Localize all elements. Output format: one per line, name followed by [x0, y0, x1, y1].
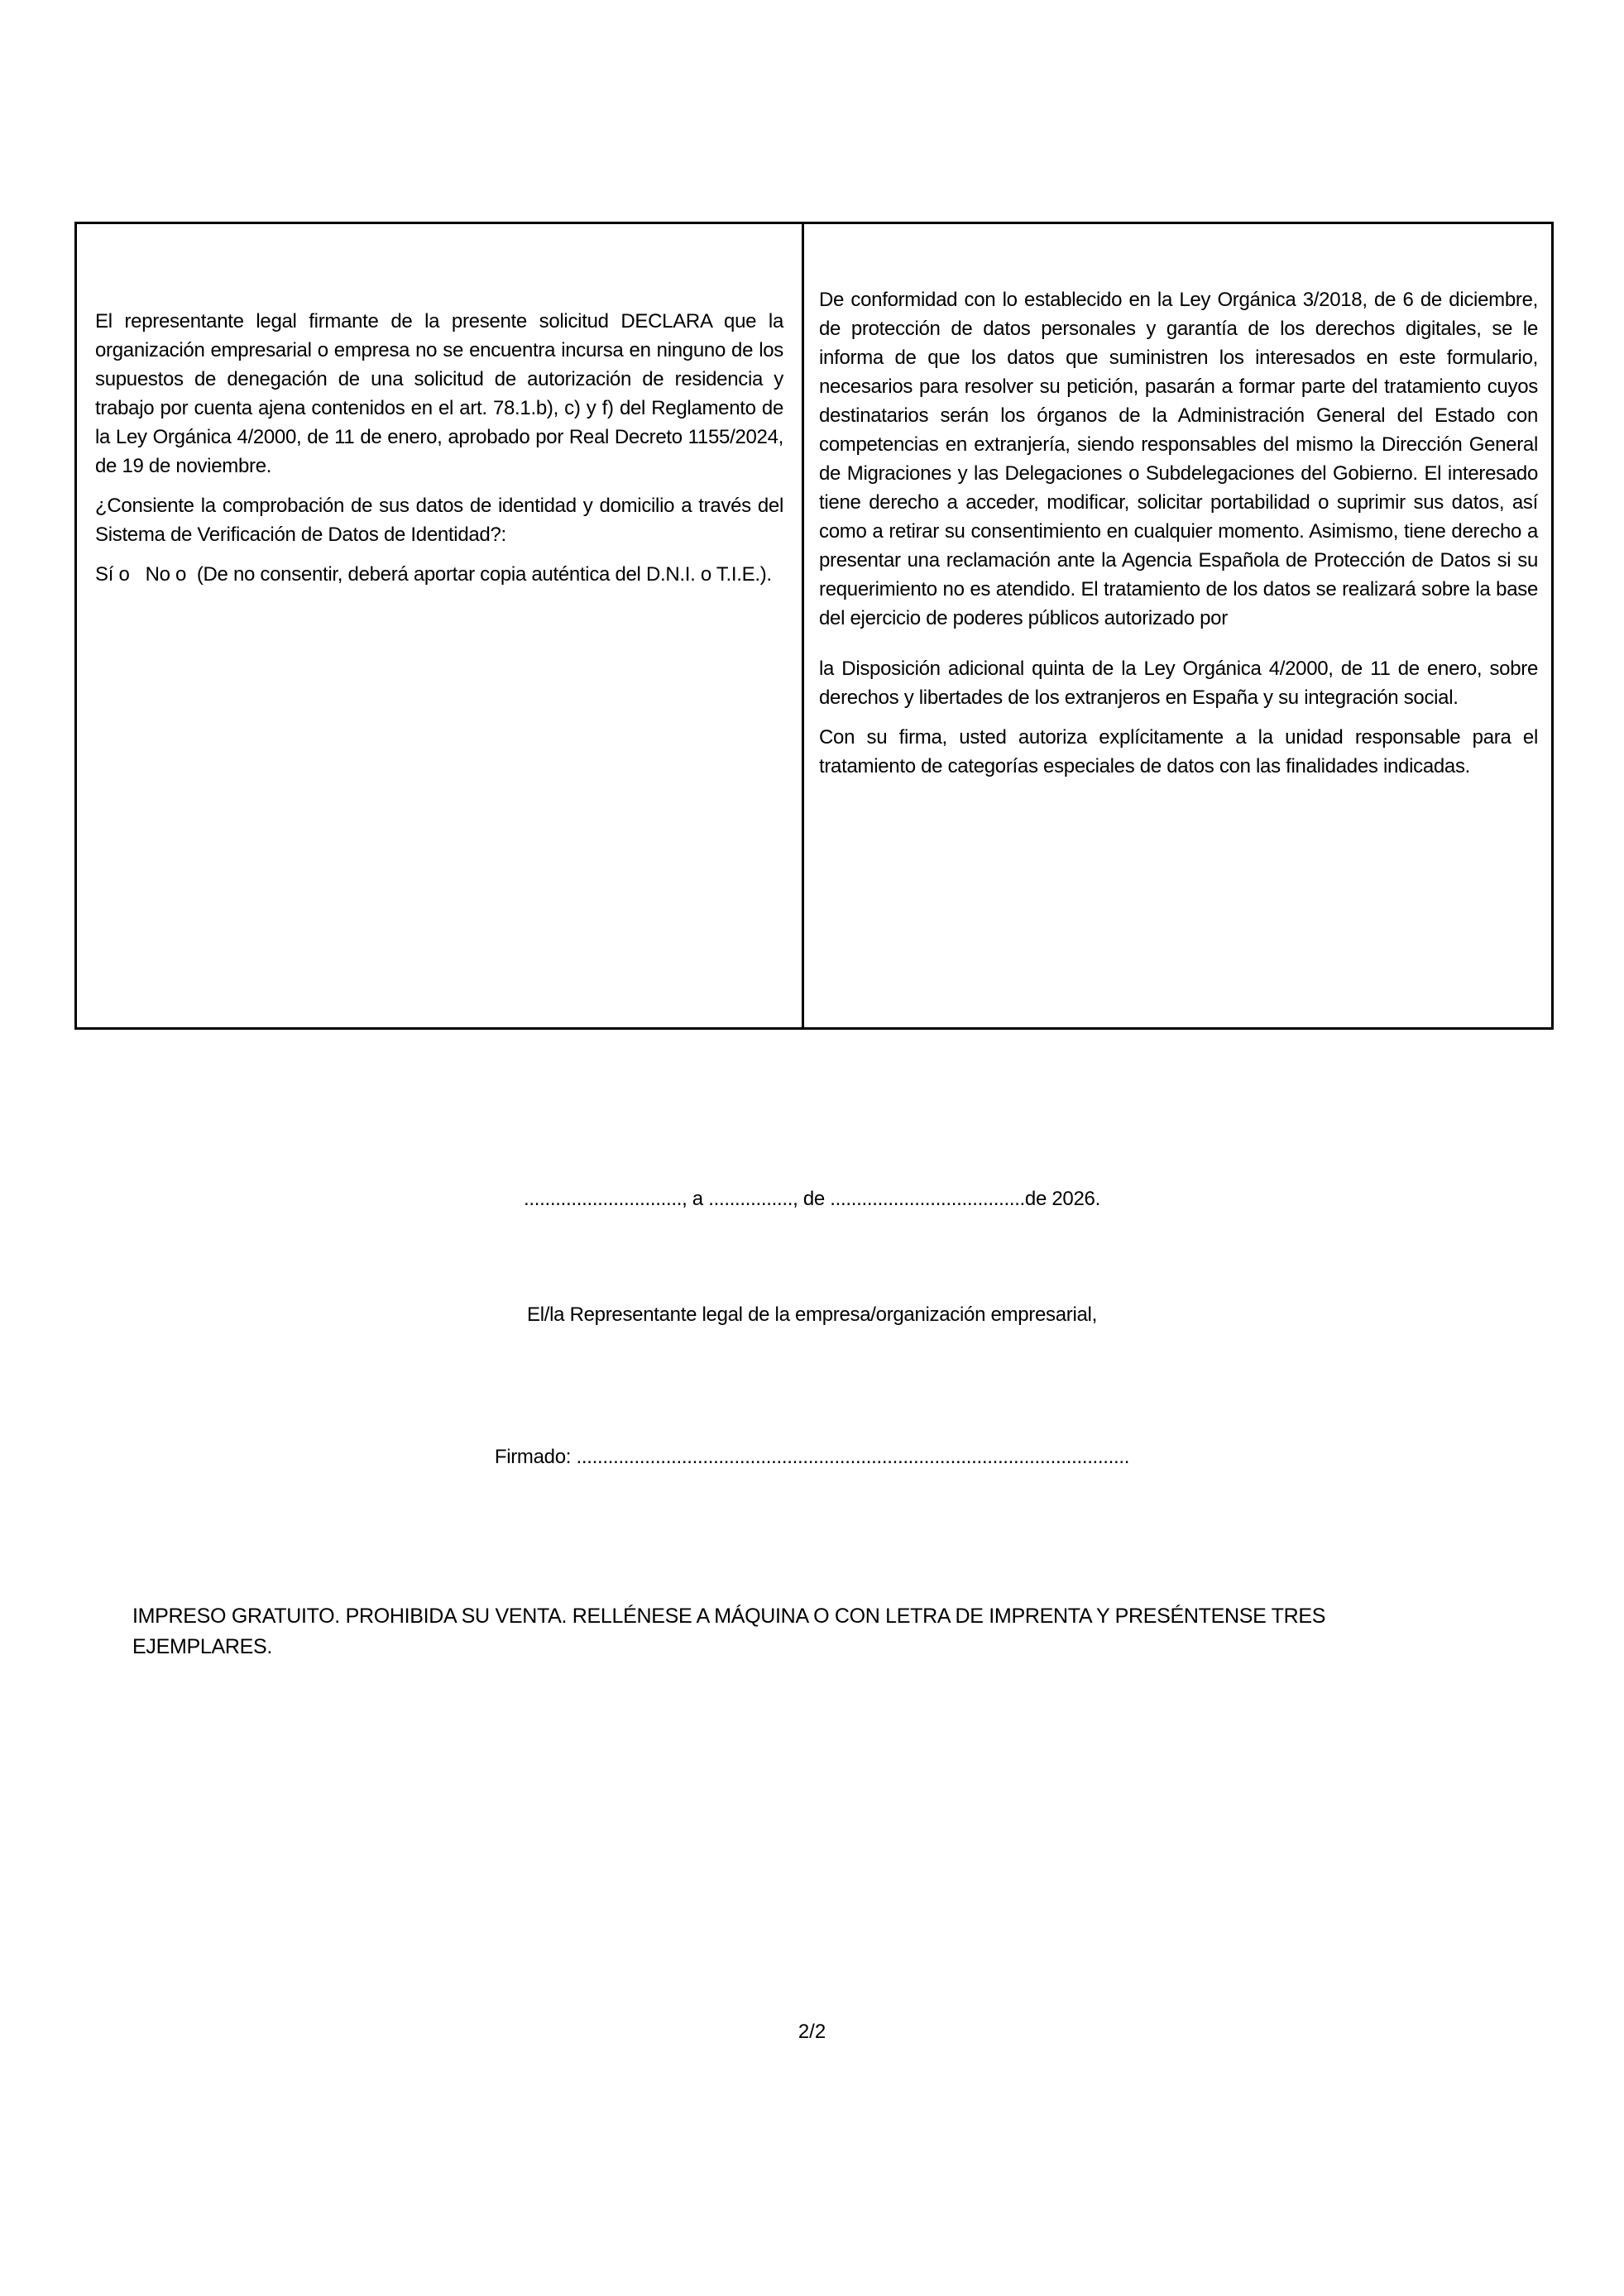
consent-options-paragraph: Sí o No o (De no consentir, deberá aport…	[95, 560, 783, 589]
data-protection-cell: De conformidad con lo establecido en la …	[804, 224, 1551, 1027]
document-page: El representante legal firmante de la pr…	[0, 0, 1624, 2296]
declaration-table: El representante legal firmante de la pr…	[74, 222, 1554, 1030]
consent-question-paragraph: ¿Consiente la comprobación de sus datos …	[95, 491, 783, 549]
declaration-cell: El representante legal firmante de la pr…	[77, 224, 804, 1027]
date-line: .............................., a ......…	[0, 1184, 1624, 1213]
declaration-paragraph: El representante legal firmante de la pr…	[95, 307, 783, 481]
footer-note: IMPRESO GRATUITO. PROHIBIDA SU VENTA. RE…	[132, 1601, 1369, 1662]
signature-line: Firmado: ...............................…	[0, 1442, 1624, 1471]
legal-basis-paragraph: la Disposición adicional quinta de la Le…	[819, 654, 1538, 712]
representative-line: El/la Representante legal de la empresa/…	[0, 1300, 1624, 1329]
data-protection-paragraph: De conformidad con lo establecido en la …	[819, 285, 1538, 633]
signature-authorization-paragraph: Con su firma, usted autoriza explícitame…	[819, 723, 1538, 781]
page-number: 2/2	[0, 2021, 1624, 2044]
